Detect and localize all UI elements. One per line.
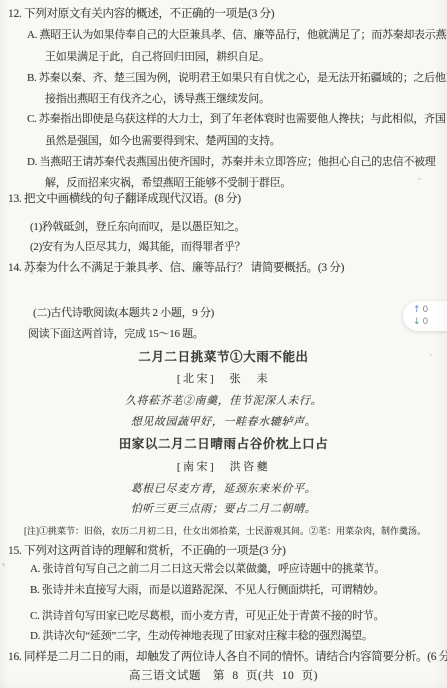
poem2-line2: 怕听三更三点雨；要占二月二朝晴。 (0, 502, 447, 517)
q12-option-a-line2: 王如果满足于此，自己将回归田园，耕织自足。 (45, 50, 270, 65)
poem2-line1: 葛根已尽麦方青，延颈东来米价平。 (0, 482, 447, 497)
q12-option-a-line1: A. 燕昭王认为如果侍奉自己的大臣兼具孝、信、廉等品行，他就满足了；而苏秦却表示… (27, 28, 447, 43)
poem1-line2: 想见故园蔬甲好，一畦春水辘轳声。 (0, 415, 447, 430)
upvote-button[interactable]: ↑ 0 (413, 304, 447, 316)
poem1-line1: 久将菘芥芼②南羹，佳节泥深人未行。 (0, 394, 447, 409)
poem2-author: [南宋] 洪咨夔 (0, 460, 447, 475)
poem1-author: [北宋] 张 耒 (0, 372, 447, 387)
poem-notes: [注]①挑菜节：旧俗，农历二月初二日，仕女出郊拾菜，士民游观其间。②芼：用菜杂肉… (24, 524, 426, 539)
scan-speck (418, 178, 421, 180)
q15-option-b: B. 张诗并未直接写大雨，而是以道路泥深、不见人行侧面烘托，可谓精妙。 (30, 583, 384, 598)
poem1-title: 二月二日挑菜节①大雨不能出 (0, 350, 447, 365)
floating-vote-widget: ↑ 0 ↓ 0 (403, 301, 447, 331)
section2-heading: (二)古代诗歌阅读(本题共 2 小题，9 分) (33, 306, 214, 321)
q15-option-c: C. 洪诗首句写田家已吃尽葛根，而小麦方青，可见正处于青黄不接的时节。 (30, 609, 384, 624)
page-footer: 高三语文试题 第 8 页(共 10 页) (0, 669, 447, 684)
poem2-title: 田家以二月二日晴雨占谷价枕上口占 (0, 437, 447, 452)
scan-speck (30, 272, 34, 274)
upvote-count: 0 (423, 304, 429, 316)
q12-option-c-line2: 虽然是强国，如今也需要得到宋、楚两国的支持。 (45, 134, 280, 149)
downvote-button[interactable]: ↓ 0 (413, 316, 447, 328)
scan-speck (2, 563, 5, 566)
q12-option-d-line2: 解，反而招来灾祸，希望燕昭王能够不受制于群臣。 (45, 176, 291, 191)
q16-stem: 16. 同样是二月二日的雨，却触发了两位诗人各自不同的情怀。请结合内容简要分析。… (8, 650, 447, 665)
q15-option-d: D. 洪诗次句“延颈”二字，生动传神地表现了田家对庄稼丰稔的强烈渴望。 (30, 629, 373, 644)
q15-option-a: A. 张诗首句写自己之前二月二日这天常会以菜做羹，呼应诗题中的挑菜节。 (30, 562, 385, 577)
scan-speck (430, 354, 432, 356)
up-arrow-icon: ↑ (413, 304, 421, 316)
q12-option-d-line1: D. 当燕昭王请苏秦代表燕国出使齐国时，苏秦并未立即答应；他担心自己的忠信不被理 (27, 155, 435, 170)
q13-stem: 13. 把文中画横线的句子翻译成现代汉语。(8 分) (8, 192, 241, 207)
q12-stem: 12. 下列对原文有关内容的概述，不正确的一项是(3 分) (8, 7, 274, 22)
q15-stem: 15. 下列对这两首诗的理解和赏析，不正确的一项是(3 分) (8, 544, 286, 559)
q12-option-c-line1: C. 苏秦指出即使是乌获这样的大力士，到了年老体衰时也需要他人搀扶；与此相似，齐… (27, 112, 446, 127)
exam-paper-page: 12. 下列对原文有关内容的概述，不正确的一项是(3 分) A. 燕昭王认为如果… (0, 0, 447, 688)
q12-option-b-line2: 接指出燕昭王有伐齐之心，诱导燕王继续发问。 (45, 92, 270, 107)
q12-option-b-line1: B. 苏秦以秦、齐、楚三国为例，说明君王如果只有自忧之心，是无法开拓疆域的；之后… (27, 71, 447, 86)
q14-stem: 14. 苏秦为什么不满足于兼具孝、信、廉等品行？ 请简要概括。(3 分) (8, 261, 344, 276)
downvote-count: 0 (423, 316, 429, 328)
q13-sentence-2: (2)安有为人臣尽其力，竭其能，而得罪者乎？ (30, 240, 245, 255)
section2-intro: 阅读下面这两首诗，完成 15～16 题。 (28, 327, 204, 342)
q13-sentence-1: (1)矜戟砥剑，登丘东向而叹，是以愚臣知之。 (30, 220, 245, 235)
down-arrow-icon: ↓ (413, 316, 421, 328)
